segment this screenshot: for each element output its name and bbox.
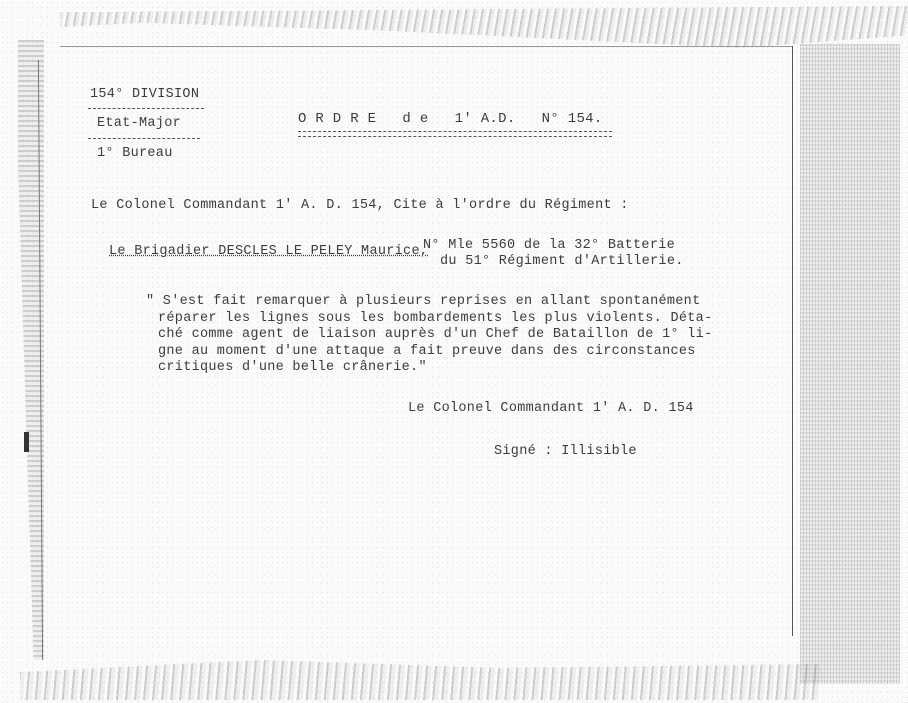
page-border-right xyxy=(792,46,793,636)
signature-status: Signé : Illisible xyxy=(494,444,637,459)
bureau-heading: 1° Bureau xyxy=(97,146,173,161)
citation-line: ché comme agent de liaison auprès d'un C… xyxy=(158,327,713,342)
citation-intro: Le Colonel Commandant 1' A. D. 154, Cite… xyxy=(91,198,629,213)
binding-mark xyxy=(24,432,29,452)
soldier-unit-line1: N° Mle 5560 de la 32° Batterie xyxy=(423,238,675,253)
citation-line: gne au moment d'une attaque a fait preuv… xyxy=(158,344,696,359)
citation-line: critiques d'une belle crânerie." xyxy=(158,360,427,375)
soldier-name: Le Brigadier DESCLES LE PELEY Maurice, xyxy=(109,244,428,259)
title-rule-2 xyxy=(298,136,612,137)
paper-top-edge xyxy=(60,6,908,48)
division-heading: 154° DIVISION xyxy=(90,87,199,102)
citation-line: " S'est fait remarquer à plusieurs repri… xyxy=(146,294,701,309)
order-title: O R D R E d e 1' A.D. N° 154. xyxy=(298,111,603,127)
staff-heading: Etat-Major xyxy=(97,116,181,131)
signatory-title: Le Colonel Commandant 1' A. D. 154 xyxy=(408,401,694,416)
division-rule xyxy=(88,108,204,109)
paper-right-edge xyxy=(800,44,900,684)
page-border-top xyxy=(60,46,793,47)
citation-line: réparer les lignes sous les bombardement… xyxy=(158,311,713,326)
title-rule-1 xyxy=(298,131,612,132)
paper-bottom-edge xyxy=(20,660,820,700)
soldier-unit-line2: du 51° Régiment d'Artillerie. xyxy=(440,254,684,269)
staff-rule xyxy=(88,138,200,139)
